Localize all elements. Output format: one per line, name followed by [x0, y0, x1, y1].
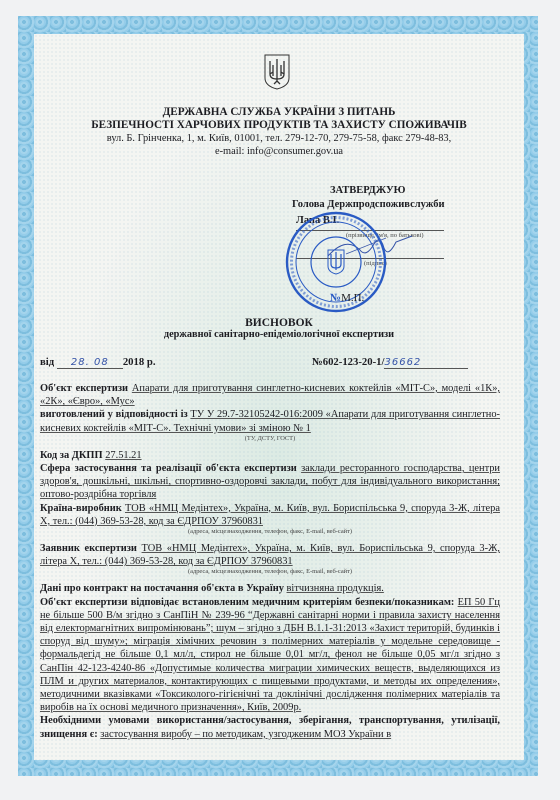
- made-label: виготовлений у відповідності із: [40, 409, 188, 420]
- made-caption: (ТУ, ДСТУ, ГОСТ): [40, 435, 500, 443]
- section-made-per: виготовлений у відповідності із ТУ У 29.…: [40, 408, 500, 442]
- contract-label: Дані про контракт на постачання об'єкта …: [40, 583, 284, 594]
- agency-email: e-mail: info@consumer.gov.ua: [34, 145, 524, 158]
- conclusion-date: від 28. 082018 р.: [40, 356, 156, 369]
- conclusion-subtitle: державної санітарно-епідеміологічної екс…: [34, 329, 524, 340]
- date-handwritten: 28. 08: [71, 357, 109, 368]
- scope-label: Сфера застосування та реалізації об'єкта…: [40, 463, 297, 474]
- applicant-caption: (адреса, місцезнаходження, телефон, факс…: [40, 568, 500, 576]
- seal-mp: М.П.: [341, 292, 364, 304]
- object-label: Об'єкт експертизи: [40, 383, 128, 394]
- section-contract: Дані про контракт на постачання об'єкта …: [40, 582, 500, 595]
- seal-label: №М.П.: [330, 292, 364, 304]
- section-scope: Сфера застосування та реалізації об'єкта…: [40, 462, 500, 502]
- section-applicant: Заявник експертизи ТОВ «НМЦ Медінтех», У…: [40, 542, 500, 576]
- number-field: 36662: [384, 356, 468, 369]
- conclusion-title: ВИСНОВОК: [34, 317, 524, 329]
- conclusion-number: №602-123-20-1/36662: [312, 356, 468, 369]
- dkpp-label: Код за ДКПП: [40, 450, 103, 461]
- agency-name-line1: ДЕРЖАВНА СЛУЖБА УКРАЇНИ З ПИТАНЬ: [34, 106, 524, 119]
- trident-coat-of-arms-icon: [264, 54, 290, 90]
- conclusion-header: ВИСНОВОК державної санітарно-епідеміолог…: [34, 317, 524, 340]
- criteria-label: Об'єкт експертизи відповідає встановлени…: [40, 597, 454, 608]
- country-label: Країна-виробник: [40, 503, 122, 514]
- country-caption: (адреса, місцезнаходження, телефон, факс…: [40, 528, 500, 536]
- agency-header: ДЕРЖАВНА СЛУЖБА УКРАЇНИ З ПИТАНЬ БЕЗПЕЧН…: [34, 106, 524, 158]
- section-criteria: Об'єкт експертизи відповідає встановлени…: [40, 596, 500, 715]
- conditions-value: застосування виробу – по методикам, узго…: [100, 729, 391, 740]
- number-handwritten: 36662: [384, 357, 421, 368]
- approver-position: Голова Держпродспоживслужби: [292, 199, 445, 210]
- section-conditions: Необхідними умовами використання/застосу…: [40, 714, 500, 740]
- agency-name-line2: БЕЗПЕЧНОСТІ ХАРЧОВИХ ПРОДУКТІВ ТА ЗАХИСТ…: [34, 119, 524, 132]
- approve-label: ЗАТВЕРДЖУЮ: [330, 185, 406, 196]
- criteria-value: ЕП 50 Гц не більше 500 В/м згідно з СанП…: [40, 597, 500, 714]
- conclusion-sections: Об'єкт експертизи Апарати для приготуван…: [40, 382, 500, 741]
- document-body: ДЕРЖАВНА СЛУЖБА УКРАЇНИ З ПИТАНЬ БЕЗПЕЧН…: [34, 34, 524, 760]
- applicant-label: Заявник експертизи: [40, 543, 137, 554]
- contract-value: вітчизняна продукція.: [287, 583, 384, 594]
- seal-prefix: №: [330, 292, 341, 304]
- date-year: 2018 р.: [123, 356, 156, 368]
- document-page: ДЕРЖАВНА СЛУЖБА УКРАЇНИ З ПИТАНЬ БЕЗПЕЧН…: [0, 0, 560, 800]
- agency-address: вул. Б. Грінченка, 1, м. Київ, 01001, те…: [34, 132, 524, 145]
- section-object: Об'єкт експертизи Апарати для приготуван…: [40, 382, 500, 408]
- dkpp-value: 27.51.21: [105, 450, 141, 461]
- section-dkpp: Код за ДКПП 27.51.21: [40, 449, 500, 462]
- number-prefix: №602-123-20-1/: [312, 356, 384, 368]
- date-prefix: від: [40, 356, 54, 368]
- date-field: 28. 08: [57, 356, 123, 369]
- section-country: Країна-виробник ТОВ «НМЦ Медінтех», Укра…: [40, 502, 500, 536]
